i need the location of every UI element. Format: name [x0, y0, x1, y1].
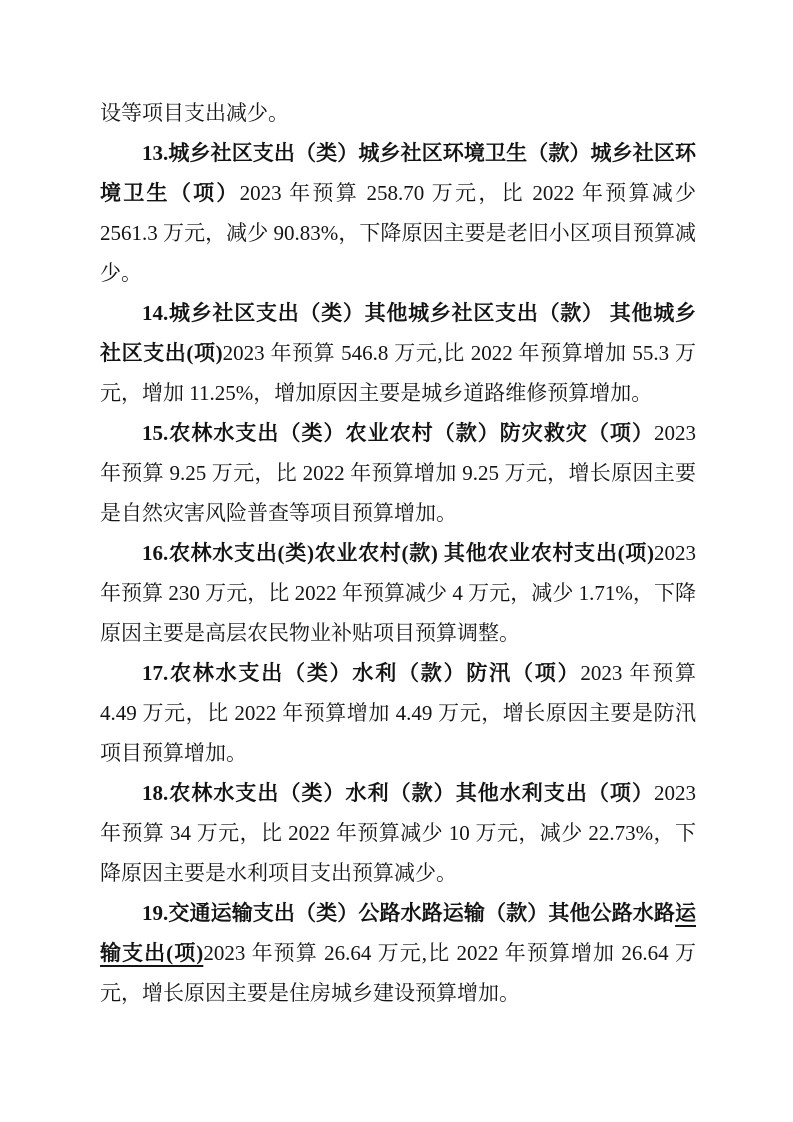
budget-item-19: 19.交通运输支出（类）公路水路运输（款）其他公路水路运输支出(项)2023 年…	[100, 893, 696, 1013]
paragraph-continuation: 设等项目支出减少。	[100, 93, 696, 133]
budget-item-16: 16.农林水支出(类)农业农村(款) 其他农业农村支出(项)2023 年预算 2…	[100, 533, 696, 653]
item-lead: 18.农林水支出（类）水利（款）其他水利支出（项）	[142, 781, 654, 805]
item-lead: 17.农林水支出（类）水利（款）防汛（项）	[142, 661, 580, 685]
document-page: 设等项目支出减少。 13.城乡社区支出（类）城乡社区环境卫生（款）城乡社区环境卫…	[0, 0, 793, 1122]
budget-item-17: 17.农林水支出（类）水利（款）防汛（项）2023 年预算 4.49 万元，比 …	[100, 653, 696, 773]
item-lead: 19.交通运输支出（类）公路水路运输（款）其他公路水路	[142, 901, 675, 925]
item-lead: 15.农林水支出（类）农业农村（款）防灾救灾（项）	[142, 421, 654, 445]
budget-item-15: 15.农林水支出（类）农业农村（款）防灾救灾（项）2023 年预算 9.25 万…	[100, 413, 696, 533]
budget-item-18: 18.农林水支出（类）水利（款）其他水利支出（项）2023 年预算 34 万元，…	[100, 773, 696, 893]
document-text-block: 设等项目支出减少。 13.城乡社区支出（类）城乡社区环境卫生（款）城乡社区环境卫…	[100, 93, 696, 1013]
budget-item-14: 14.城乡社区支出（类）其他城乡社区支出（款） 其他城乡社区支出(项)2023 …	[100, 293, 696, 413]
budget-item-13: 13.城乡社区支出（类）城乡社区环境卫生（款）城乡社区环境卫生（项）2023 年…	[100, 133, 696, 293]
item-lead: 16.农林水支出(类)农业农村(款) 其他农业农村支出(项)	[142, 541, 654, 565]
item-body: 设等项目支出减少。	[100, 101, 289, 125]
